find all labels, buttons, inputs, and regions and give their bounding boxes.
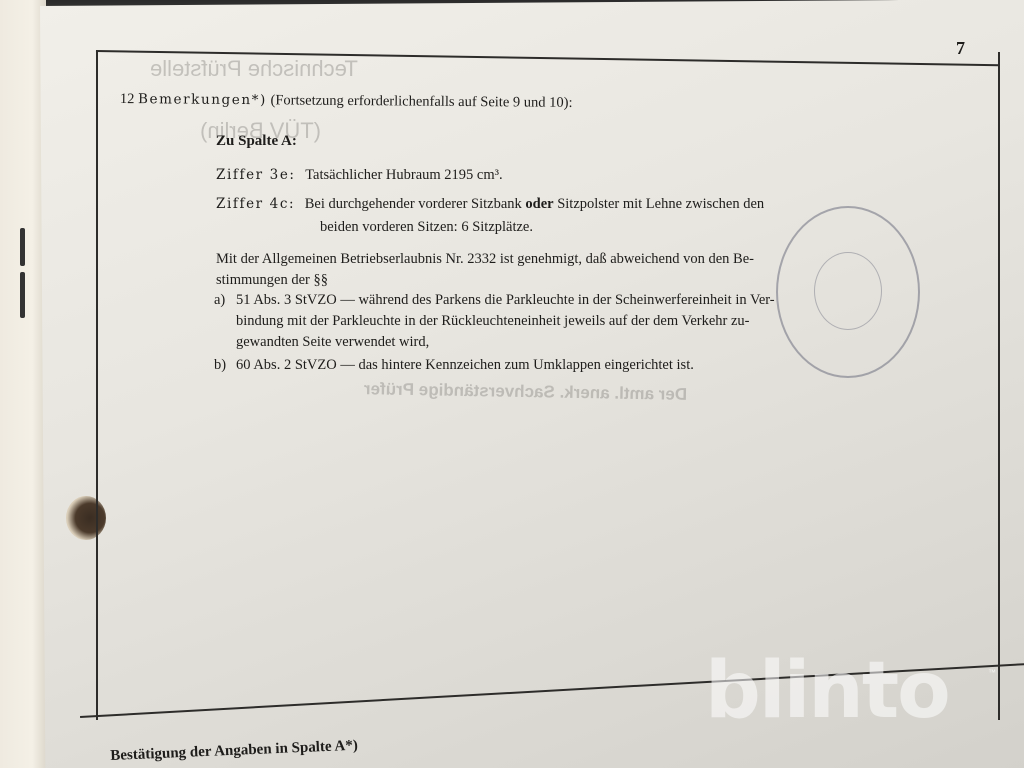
entry-text-before: Bei durchgehender vorderer Sitzbank [305, 196, 526, 212]
item-a-line-1: 51 Abs. 3 StVZO — während des Parkens di… [236, 292, 775, 309]
official-stamp [776, 206, 920, 378]
item-a-marker: a) [214, 292, 225, 309]
section-label: Bemerkungen*) [138, 91, 267, 108]
entry-text-emphasis: oder [525, 196, 553, 212]
paragraph-line-1: Mit der Allgemeinen Betriebserlaubnis Nr… [216, 251, 754, 268]
stamp-inner-ring [814, 252, 882, 330]
watermark-logo: blinto [705, 652, 949, 730]
page-number: 7 [956, 38, 965, 59]
staple-top [20, 228, 25, 266]
entry-label: Ziffer 3e: [216, 167, 296, 183]
facing-page-edge [0, 0, 46, 768]
entry-label: Ziffer 4c: [216, 196, 295, 212]
remarks-frame [96, 52, 1000, 720]
entry-ziffer-3e: Ziffer 3e: Tatsächlicher Hubraum 2195 cm… [216, 167, 503, 184]
staple-bottom [20, 272, 25, 318]
entry-ziffer-4c-continuation: beiden vorderen Sitzen: 6 Sitzplätze. [320, 219, 533, 236]
item-a-line-3: gewandten Seite verwendet wird, [236, 334, 429, 351]
entry-text-after: Sitzpolster mit Lehne zwischen den [554, 196, 765, 212]
subheading-spalte-a: Zu Spalte A: [216, 133, 297, 150]
item-a-line-2: bindung mit der Parkleuchte in der Rückl… [236, 313, 750, 330]
item-b-line-1: 60 Abs. 2 StVZO — das hintere Kennzeiche… [236, 357, 694, 374]
entry-text: Tatsächlicher Hubraum 2195 cm³. [305, 167, 502, 183]
watermark-trademark: ™ [988, 668, 996, 677]
item-b-marker: b) [214, 357, 226, 374]
section-note: (Fortsetzung erforderlichenfalls auf Sei… [270, 92, 572, 111]
section-number: 12 [120, 91, 135, 107]
entry-ziffer-4c: Ziffer 4c: Bei durchgehender vorderer Si… [216, 196, 764, 213]
paragraph-line-2: stimmungen der §§ [216, 272, 328, 289]
